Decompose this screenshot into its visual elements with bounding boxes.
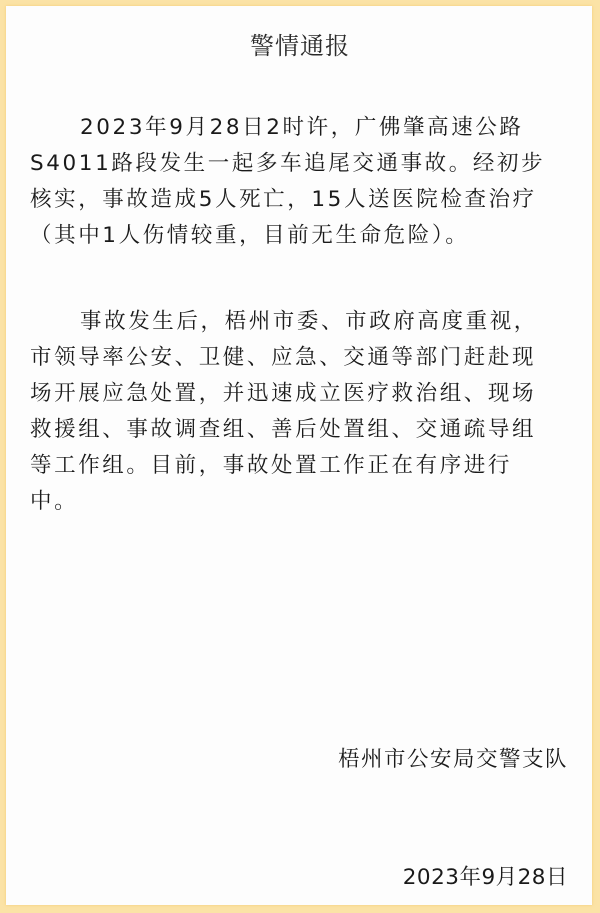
- paragraph-response: 事故发生后，梧州市委、市政府高度重视， 市领导率公安、卫健、应急、交通等部门赶赴…: [30, 304, 570, 520]
- notice-title: 警情通报: [0, 26, 600, 61]
- paragraph-line: 中。: [30, 484, 570, 520]
- paragraph-line: 市领导率公安、卫健、应急、交通等部门赶赴现: [30, 340, 570, 376]
- paragraph-line: 事故发生后，梧州市委、市政府高度重视，: [30, 304, 570, 340]
- signature-date: 2023年9月28日: [403, 860, 568, 891]
- paragraph-line: 2023年9月28日2时许，广佛肇高速公路: [30, 110, 570, 146]
- paragraph-incident: 2023年9月28日2时许，广佛肇高速公路 S4011路段发生一起多车追尾交通事…: [30, 110, 570, 254]
- paragraph-line: 救援组、事故调查组、善后处置组、交通疏导组: [30, 412, 570, 448]
- paragraph-line: 场开展应急处置，并迅速成立医疗救治组、现场: [30, 376, 570, 412]
- paragraph-line: 核实，事故造成5人死亡，15人送医院检查治疗: [30, 182, 570, 218]
- paragraph-line: S4011路段发生一起多车追尾交通事故。经初步: [30, 146, 570, 182]
- paragraph-line: （其中1人伤情较重，目前无生命危险）。: [30, 218, 570, 254]
- paragraph-line: 等工作组。目前，事故处置工作正在有序进行: [30, 448, 570, 484]
- signature-organization: 梧州市公安局交警支队: [338, 742, 568, 773]
